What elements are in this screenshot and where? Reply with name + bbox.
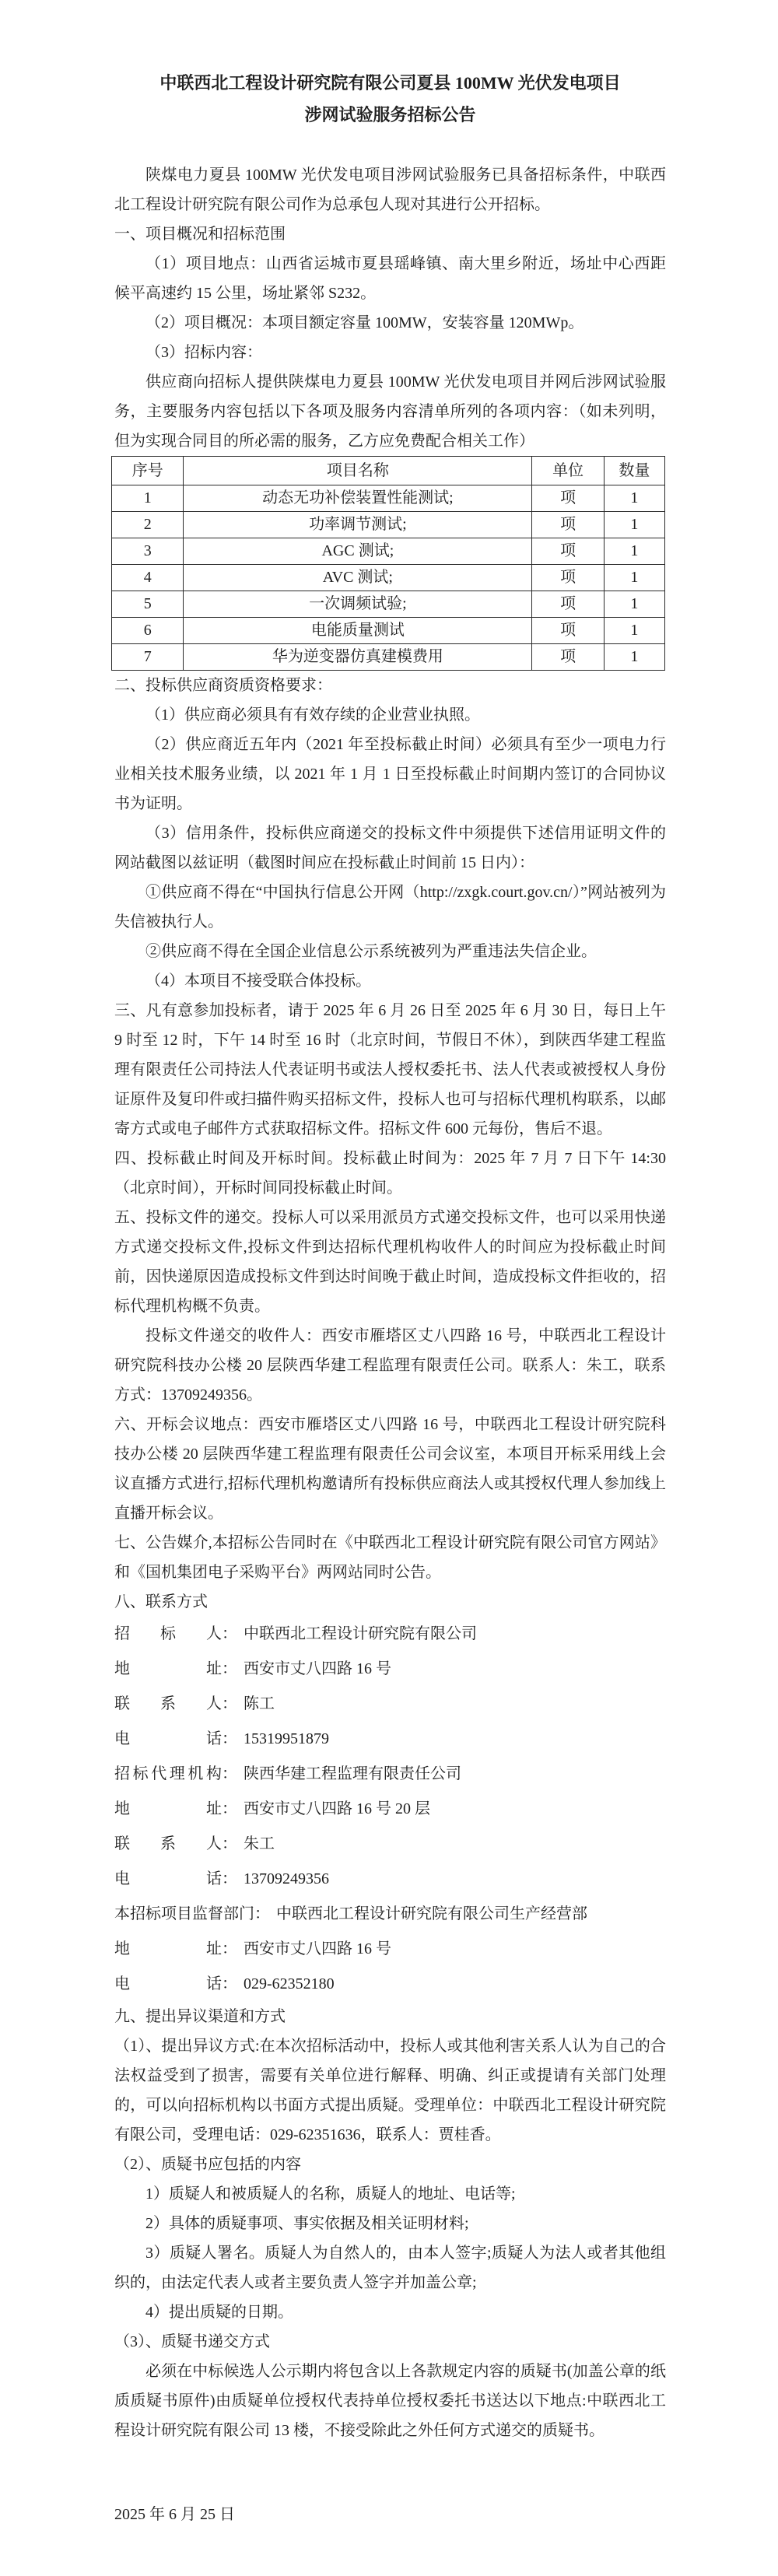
contact-value: 中联西北工程设计研究院有限公司 <box>244 1625 477 1642</box>
table-cell: 项 <box>532 512 604 538</box>
paragraph-objection-item-1: 1）质疑人和被质疑人的名称，质疑人的地址、电话等; <box>114 2179 666 2209</box>
contact-label: 地址 <box>114 1652 222 1687</box>
section-heading-1: 一、项目概况和招标范围 <box>114 219 666 249</box>
contact-label: 本招标项目监督部门 <box>114 1897 254 1932</box>
contact-value: 陈工 <box>244 1695 275 1712</box>
paragraph-objection-method: （1）、提出异议方式:在本次招标活动中，投标人或其他利害关系人认为自己的合法权益… <box>114 2031 666 2150</box>
contact-label: 电话 <box>114 1967 222 2002</box>
contact-label: 联系人 <box>114 1687 222 1722</box>
section-heading-6: 六、开标会议地点：西安市雁塔区丈八四路 16 号，中联西北工程设计研究院科技办公… <box>114 1410 666 1528</box>
table-cell: 功率调节测试; <box>184 512 532 538</box>
contact-label: 电话 <box>114 1862 222 1897</box>
contact-value: 陕西华建工程监理有限责任公司 <box>244 1765 461 1782</box>
contact-colon: ： <box>222 1940 237 1957</box>
announcement-date: 2025 年 6 月 25 日 <box>114 2500 666 2529</box>
contact-label: 联系人 <box>114 1827 222 1862</box>
section-heading-5: 五、投标文件的递交。投标人可以采用派员方式递交投标文件，也可以采用快递方式递交投… <box>114 1203 666 1321</box>
paragraph-service-scope: 供应商向招标人提供陕煤电力夏县 100MW 光伏发电项目并网后涉网试验服务，主要… <box>114 367 666 456</box>
table-cell: 5 <box>112 591 184 618</box>
table-cell: 1 <box>604 644 664 671</box>
contact-value: 中联西北工程设计研究院有限公司生产经营部 <box>276 1905 587 1922</box>
section-heading-9: 九、提出异议渠道和方式 <box>114 2002 666 2031</box>
paragraph-license-requirement: （1）供应商必须具有有效存续的企业营业执照。 <box>114 700 666 730</box>
table-cell: 动态无功补偿装置性能测试; <box>184 485 532 512</box>
contact-value: 西安市丈八四路 16 号 <box>244 1940 391 1957</box>
contact-value: 西安市丈八四路 16 号 20 层 <box>244 1800 430 1817</box>
table-cell: 1 <box>604 565 664 591</box>
paragraph-bid-content-label: （3）招标内容： <box>114 338 666 367</box>
paragraph-bid-recipient: 投标文件递交的收件人：西安市雁塔区丈八四路 16 号，中联西北工程设计研究院科技… <box>114 1321 666 1410</box>
table-cell: 2 <box>112 512 184 538</box>
table-row: 2 功率调节测试; 项 1 <box>112 512 665 538</box>
table-cell: 项 <box>532 485 604 512</box>
paragraph-project-overview: （2）项目概况：本项目额定容量 100MW，安装容量 120MWp。 <box>114 308 666 338</box>
table-cell: 项 <box>532 538 604 565</box>
table-cell: 电能质量测试 <box>184 618 532 644</box>
paragraph-objection-item-4: 4）提出质疑的日期。 <box>114 2297 666 2327</box>
table-cell: 一次调频试验; <box>184 591 532 618</box>
table-row: 4 AVC 测试; 项 1 <box>112 565 665 591</box>
contact-label: 地址 <box>114 1932 222 1967</box>
paragraph-intro: 陕煤电力夏县 100MW 光伏发电项目涉网试验服务已具备招标条件，中联西北工程设… <box>114 160 666 219</box>
table-cell: 7 <box>112 644 184 671</box>
paragraph-credit-item-2: ②供应商不得在全国企业信息公示系统被列为严重违法失信企业。 <box>114 937 666 966</box>
table-cell: 1 <box>112 485 184 512</box>
table-cell: 1 <box>604 512 664 538</box>
contact-line-person: 联系人：陈工 <box>114 1687 666 1722</box>
title-line-2: 涉网试验服务招标公告 <box>114 99 666 131</box>
paragraph-objection-item-3: 3）质疑人署名。质疑人为自然人的，由本人签字;质疑人为法人或者其他组织的，由法定… <box>114 2238 666 2297</box>
table-header-cell: 数量 <box>604 457 664 485</box>
table-cell: 项 <box>532 565 604 591</box>
contact-colon: ： <box>222 1695 237 1712</box>
paragraph-credit-requirement: （3）信用条件，投标供应商递交的投标文件中须提供下述信用证明文件的网站截图以兹证… <box>114 818 666 878</box>
contact-line-agency: 招标代理机构：陕西华建工程监理有限责任公司 <box>114 1757 666 1792</box>
contact-label: 招标代理机构 <box>114 1757 222 1792</box>
contact-colon: ： <box>222 1660 237 1677</box>
table-cell: 6 <box>112 618 184 644</box>
section-heading-7: 七、公告媒介,本招标公告同时在《中联西北工程设计研究院有限公司官方网站》和《国机… <box>114 1528 666 1587</box>
contact-line-agency-address: 地址：西安市丈八四路 16 号 20 层 <box>114 1792 666 1827</box>
table-cell: AGC 测试; <box>184 538 532 565</box>
contact-line-supervisor-address: 地址：西安市丈八四路 16 号 <box>114 1932 666 1967</box>
table-header-cell: 序号 <box>112 457 184 485</box>
contact-line-phone: 电话：15319951879 <box>114 1722 666 1757</box>
table-cell: 项 <box>532 618 604 644</box>
contact-colon: ： <box>222 1730 237 1747</box>
contact-colon: ： <box>222 1800 237 1817</box>
section-heading-2: 二、投标供应商资质资格要求： <box>114 671 666 700</box>
paragraph-performance-requirement: （2）供应商近五年内（2021 年至投标截止时间）必须具有至少一项电力行业相关技… <box>114 730 666 818</box>
section-heading-4: 四、投标截止时间及开标时间。投标截止时间为：2025 年 7 月 7 日下午 1… <box>114 1144 666 1203</box>
document-title: 中联西北工程设计研究院有限公司夏县 100MW 光伏发电项目 涉网试验服务招标公… <box>114 67 666 131</box>
table-cell: 4 <box>112 565 184 591</box>
table-cell: 1 <box>604 618 664 644</box>
contact-line-agency-person: 联系人：朱工 <box>114 1827 666 1862</box>
table-cell: 3 <box>112 538 184 565</box>
contact-value: 13709249356 <box>244 1870 329 1887</box>
contact-value: 朱工 <box>244 1835 275 1852</box>
contact-label: 电话 <box>114 1722 222 1757</box>
paragraph-no-consortium: （4）本项目不接受联合体投标。 <box>114 966 666 996</box>
table-row: 7 华为逆变器仿真建模费用 项 1 <box>112 644 665 671</box>
contact-colon: ： <box>222 1835 237 1852</box>
bid-items-table: 序号 项目名称 单位 数量 1 动态无功补偿装置性能测试; 项 1 2 功率调节… <box>111 456 665 671</box>
title-line-1: 中联西北工程设计研究院有限公司夏县 100MW 光伏发电项目 <box>114 67 666 99</box>
table-cell: 项 <box>532 644 604 671</box>
table-row: 3 AGC 测试; 项 1 <box>112 538 665 565</box>
table-row: 1 动态无功补偿装置性能测试; 项 1 <box>112 485 665 512</box>
table-cell: 1 <box>604 485 664 512</box>
table-cell: 华为逆变器仿真建模费用 <box>184 644 532 671</box>
table-header-cell: 项目名称 <box>184 457 532 485</box>
table-cell: 1 <box>604 538 664 565</box>
contact-label: 地址 <box>114 1792 222 1827</box>
page: 中联西北工程设计研究院有限公司夏县 100MW 光伏发电项目 涉网试验服务招标公… <box>0 0 778 2576</box>
paragraph-objection-delivery-heading: （3）、质疑书递交方式 <box>114 2327 666 2357</box>
paragraph-project-location: （1）项目地点：山西省运城市夏县瑶峰镇、南大里乡附近，场址中心西距候平高速约 1… <box>114 249 666 308</box>
table-row: 5 一次调频试验; 项 1 <box>112 591 665 618</box>
contact-line-address: 地址：西安市丈八四路 16 号 <box>114 1652 666 1687</box>
contact-value: 029-62352180 <box>244 1975 335 1992</box>
contact-colon: ： <box>222 1870 237 1887</box>
contact-colon: ： <box>254 1905 270 1922</box>
table-cell: AVC 测试; <box>184 565 532 591</box>
table-cell: 项 <box>532 591 604 618</box>
table-header-cell: 单位 <box>532 457 604 485</box>
contact-colon: ： <box>222 1625 237 1642</box>
contact-line-supervisor: 本招标项目监督部门：中联西北工程设计研究院有限公司生产经营部 <box>114 1897 666 1932</box>
contact-colon: ： <box>222 1765 237 1782</box>
table-row: 6 电能质量测试 项 1 <box>112 618 665 644</box>
section-heading-3: 三、凡有意参加投标者，请于 2025 年 6 月 26 日至 2025 年 6 … <box>114 996 666 1144</box>
contact-label: 招标人 <box>114 1617 222 1652</box>
paragraph-objection-item-2: 2）具体的质疑事项、事实依据及相关证明材料; <box>114 2209 666 2238</box>
table-header-row: 序号 项目名称 单位 数量 <box>112 457 665 485</box>
contact-colon: ： <box>222 1975 237 1992</box>
paragraph-credit-item-1: ①供应商不得在“中国执行信息公开网（http://zxgk.court.gov.… <box>114 878 666 937</box>
section-heading-8: 八、联系方式 <box>114 1587 666 1617</box>
contact-value: 西安市丈八四路 16 号 <box>244 1660 391 1677</box>
table-cell: 1 <box>604 591 664 618</box>
contact-line-agency-phone: 电话：13709249356 <box>114 1862 666 1897</box>
contact-line-supervisor-phone: 电话：029-62352180 <box>114 1967 666 2002</box>
paragraph-objection-delivery: 必须在中标候选人公示期内将包含以上各款规定内容的质疑书(加盖公章的纸质质疑书原件… <box>114 2357 666 2445</box>
contact-line-tenderer: 招标人：中联西北工程设计研究院有限公司 <box>114 1617 666 1652</box>
paragraph-objection-content-heading: （2）、质疑书应包括的内容 <box>114 2150 666 2179</box>
contact-value: 15319951879 <box>244 1730 329 1747</box>
